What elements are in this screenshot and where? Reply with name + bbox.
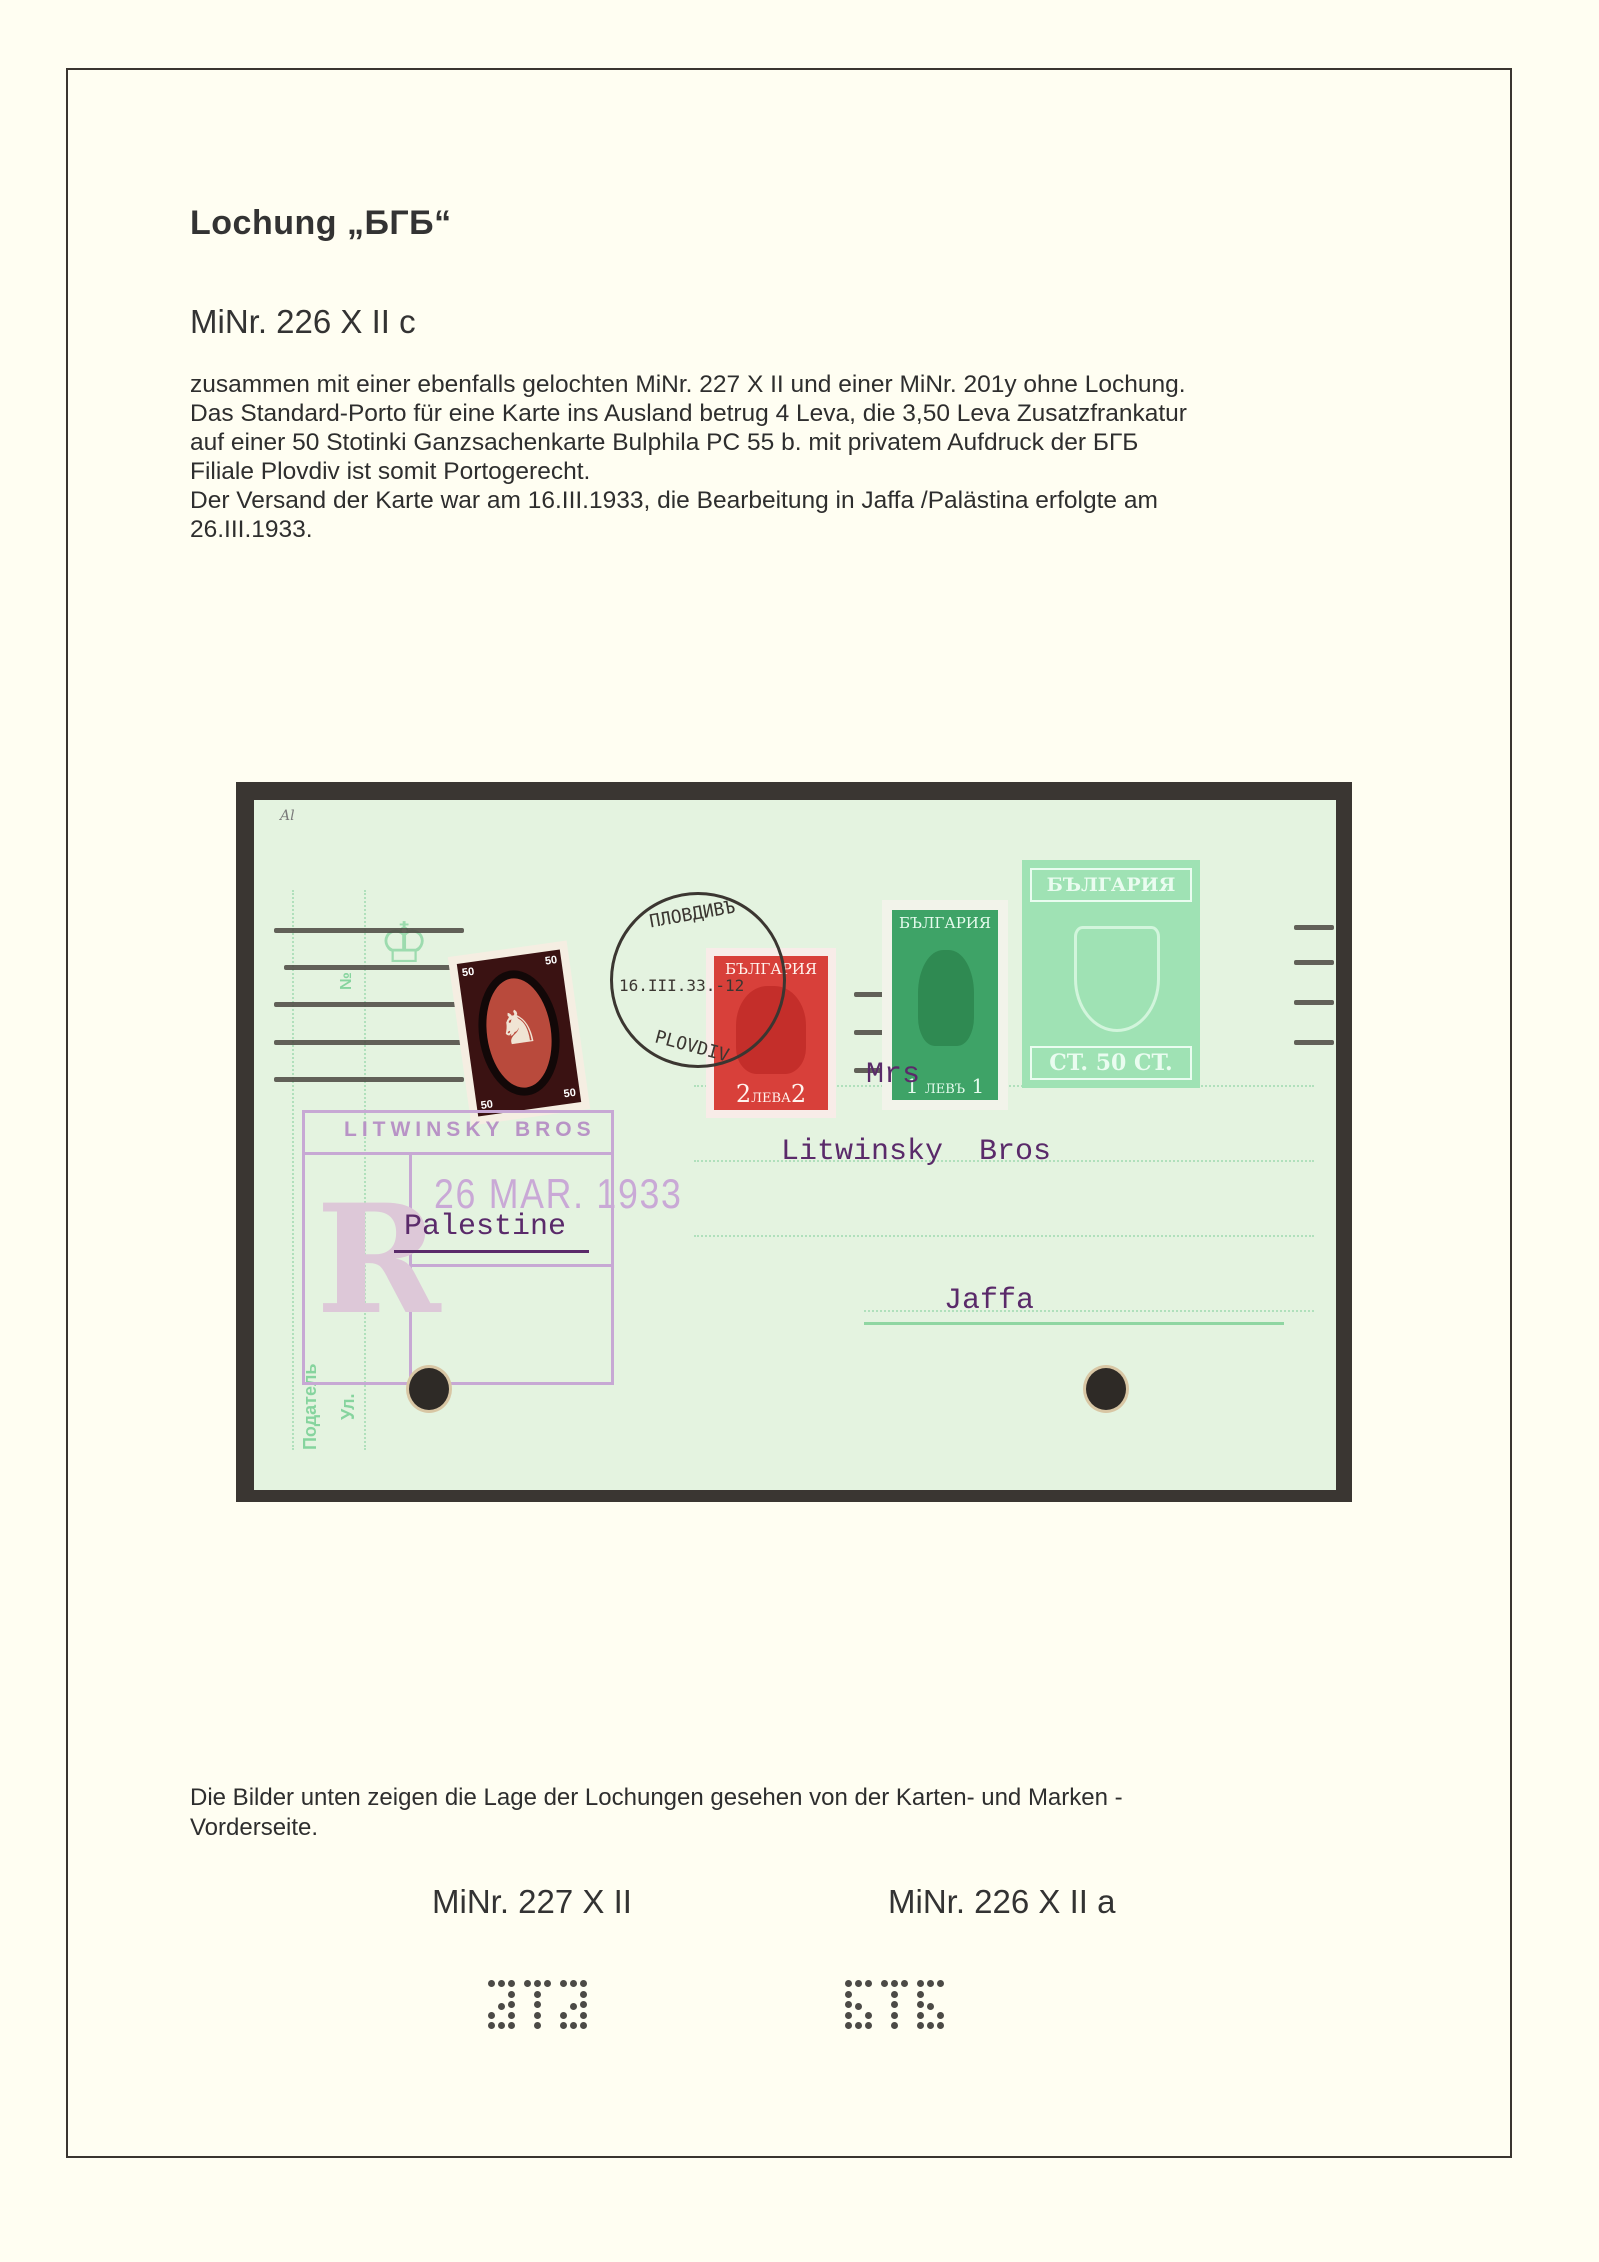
perfin-hole (881, 1980, 888, 1987)
registration-sender: LITWINSKY BROS (344, 1118, 596, 1142)
perfin-hole (845, 2001, 852, 2008)
cancel-bar (1294, 1040, 1334, 1045)
perfin-hole (927, 2022, 934, 2029)
perfin-hole (917, 2001, 924, 2008)
perfin-hole (534, 1980, 541, 1987)
registration-letter: R (316, 1185, 441, 1335)
perfin-hole (508, 2022, 515, 2029)
perfin-hole (927, 1980, 934, 1987)
perfin-hole (580, 1980, 587, 1987)
coat-of-arms-icon (1074, 926, 1160, 1032)
lion-stamp: ♞ 50 50 50 50 (448, 940, 590, 1125)
perfin-hole (534, 2012, 541, 2019)
perfin-hole (865, 2012, 872, 2019)
postal-stationery-card: Al Податель Ул. № ♔ БЪЛГАРИЯ CT. 50 CT. … (254, 800, 1336, 1490)
perfin-hole (865, 1980, 872, 1987)
perfin-hole (488, 2012, 495, 2019)
cancel-bar (274, 1077, 464, 1082)
cancel-bar (274, 928, 464, 933)
perfin-hole (508, 1980, 515, 1987)
street-label: Ул. (338, 1394, 359, 1421)
perfin-hole (901, 1980, 908, 1987)
perfin-hole (560, 2012, 567, 2019)
perfin-hole (891, 1991, 898, 1998)
perfin-note: Die Bilder unten zeigen die Lage der Loc… (190, 1783, 1390, 1843)
printed-guide-line (292, 890, 294, 1450)
king-portrait (918, 950, 974, 1046)
perfin-hole (508, 2012, 515, 2019)
description-line: Der Versand der Karte war am 16.III.1933… (190, 486, 1390, 515)
perfin-hole (891, 2012, 898, 2019)
address-baseline (864, 1322, 1284, 1325)
perfin-label-226: MiNr. 226 X II a (888, 1883, 1115, 1921)
address-guide-line (694, 1235, 1314, 1237)
perfin-hole (937, 2012, 944, 2019)
perfin-hole (845, 2012, 852, 2019)
page-title: Lochung „БГБ“ (190, 204, 452, 243)
perfin-hole (498, 1980, 505, 1987)
perfin-hole (917, 2022, 924, 2029)
catalog-number: MiNr. 226 X II c (190, 303, 416, 341)
perfin-hole (580, 1991, 587, 1998)
imprint-value: CT. 50 CT. (1030, 1046, 1192, 1080)
description-paragraph: zusammen mit einer ebenfalls gelochten M… (190, 370, 1390, 544)
description-line: zusammen mit einer ebenfalls gelochten M… (190, 370, 1390, 399)
perfin-label-227: MiNr. 227 X II (432, 1883, 632, 1921)
imprinted-stamp: БЪЛГАРИЯ CT. 50 CT. (1022, 860, 1200, 1088)
perfin-hole (570, 1980, 577, 1987)
perfin-hole (917, 2012, 924, 2019)
perfin-hole (498, 2022, 505, 2029)
perfin-hole (845, 1980, 852, 1987)
perfin-hole (570, 2022, 577, 2029)
address-city: Jaffa (944, 1284, 1034, 1318)
binder-hole (409, 1368, 449, 1410)
address-country: Palestine (404, 1210, 566, 1244)
perfin-hole (937, 1980, 944, 1987)
perfin-hole (534, 1991, 541, 1998)
perfin-hole (937, 2022, 944, 2029)
address-guide-line (864, 1310, 1314, 1312)
perfin-hole (891, 2022, 898, 2029)
perfin-hole (508, 1991, 515, 1998)
binder-hole (1086, 1368, 1126, 1410)
perfin-hole (891, 1980, 898, 1987)
perfin-hole (917, 1991, 924, 1998)
imprint-country: БЪЛГАРИЯ (1030, 868, 1192, 902)
perfin-hole (524, 1980, 531, 1987)
cancel-bar (284, 965, 464, 970)
cancel-bar (274, 1002, 464, 1007)
perfin-hole (580, 2012, 587, 2019)
perfin-hole (917, 1980, 924, 1987)
perfin-hole (891, 2001, 898, 2008)
perfin-hole (865, 2022, 872, 2029)
perfin-hole (488, 1980, 495, 1987)
perfin-hole (488, 2022, 495, 2029)
perfin-hole (560, 2022, 567, 2029)
perfin-hole (855, 1980, 862, 1987)
perfin-hole (560, 1980, 567, 1987)
perfin-hole (544, 1980, 551, 1987)
address-salutation: Mrs (866, 1058, 920, 1092)
cancel-bar (274, 1040, 464, 1045)
description-line: 26.III.1933. (190, 515, 1390, 544)
perfin-hole (508, 2001, 515, 2008)
number-label: № (338, 972, 356, 990)
cancel-bar (1294, 960, 1334, 965)
cancel-bar (1294, 1000, 1334, 1005)
postmark-date: 16.III.33.-12 (619, 976, 744, 995)
perfin-hole (580, 2001, 587, 2008)
pencil-mark: Al (280, 808, 295, 824)
perfin-hole (855, 2022, 862, 2029)
perfin-hole (580, 2022, 587, 2029)
perfin-hole (534, 2001, 541, 2008)
perfin-hole (845, 2022, 852, 2029)
description-line: Das Standard-Porto für eine Karte ins Au… (190, 399, 1390, 428)
perfin-hole (845, 1991, 852, 1998)
description-line: auf einer 50 Stotinki Ganzsachenkarte Bu… (190, 428, 1390, 457)
cancel-bar (1294, 925, 1334, 930)
description-line: Filiale Plovdiv ist somit Portogerecht. (190, 457, 1390, 486)
perfin-hole (534, 2022, 541, 2029)
address-recipient: Litwinsky Bros (781, 1135, 1051, 1169)
